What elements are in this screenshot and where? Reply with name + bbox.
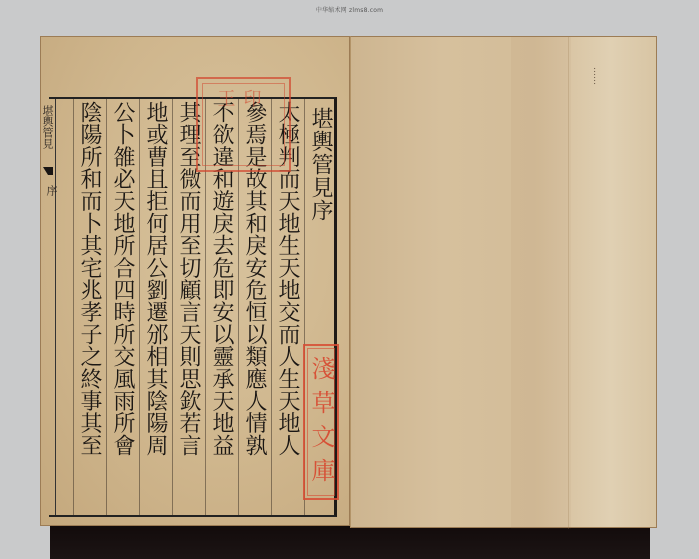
open-book: 堪輿管見 序 堪輿管見序 太極判而天地生天地交而人生天地人 參焉是故其和戾安危恒…	[40, 36, 657, 528]
paper-stain	[511, 37, 571, 529]
left-page: 堪輿管見 序 堪輿管見序 太極判而天地生天地交而人生天地人 參焉是故其和戾安危恒…	[40, 36, 350, 526]
book-shadow	[50, 525, 650, 559]
margin-marks: ……	[591, 67, 601, 85]
site-watermark: 中华缩术网 zlms8.com	[0, 5, 699, 14]
library-seal: 淺草文庫	[303, 344, 339, 500]
text-column: 陰陽所和而卜其宅兆孝子之終事其至	[73, 99, 106, 515]
text-column: 地或曹且拒何居公劉遷邠相其陰陽周	[139, 99, 172, 515]
right-page: ……	[350, 36, 657, 528]
collector-seal-top: 王印	[196, 77, 291, 172]
seal-glyphs: 王印	[206, 85, 281, 111]
library-seal-text: 淺草文庫	[309, 356, 333, 492]
text-column: 公卜雒必天地所合四時所交風雨所會	[106, 99, 139, 515]
paper-fold-line	[568, 37, 569, 529]
